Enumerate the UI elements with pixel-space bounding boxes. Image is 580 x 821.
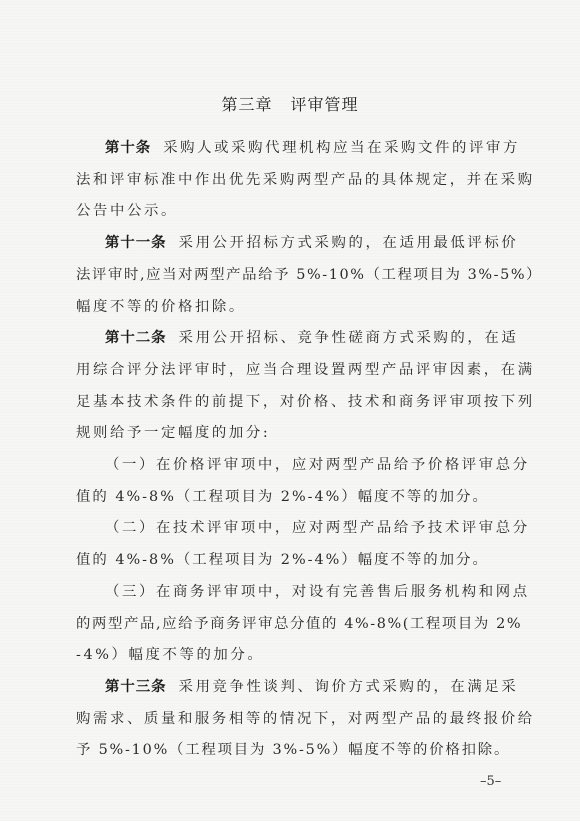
document-body: 第十条采购人或采购代理机构应当在采购文件的评审方 法和评审标准中作出优先采购两型… (76, 133, 508, 767)
article-label: 第十二条 (105, 330, 167, 346)
page-number: –5– (480, 774, 501, 789)
list-item-3: （三）在商务评审项中，对设有完善售后服务机构和网点 的两型产品,应给予商务评审总… (76, 577, 508, 672)
article-text-line: 幅度不等的价格扣除。 (76, 292, 508, 324)
article-text-line: 用综合评分法评审时，应当合理设置两型产品评审因素，在满 (76, 355, 508, 387)
article-text-line: 采用公开招标、竞争性磋商方式采购的，在适 (179, 330, 519, 346)
article-11: 第十一条采用公开招标方式采购的，在适用最低评标价 法评审时,应当对两型产品给予 … (76, 228, 508, 323)
article-12: 第十二条采用公开招标、竞争性磋商方式采购的，在适 用综合评分法评审时，应当合理设… (76, 323, 508, 672)
document-page: 第三章评审管理 第十条采购人或采购代理机构应当在采购文件的评审方 法和评审标准中… (0, 0, 580, 821)
article-text-line: 法评审时,应当对两型产品给予 5%-10%（工程项目为 3%-5%） (76, 260, 508, 292)
list-item-text-line: 值的 4%-8%（工程项目为 2%-4%）幅度不等的加分。 (76, 482, 508, 514)
article-text-line: 公告中公示。 (76, 196, 508, 228)
article-13: 第十三条采用竞争性谈判、询价方式采购的，在满足采 购需求、质量和服务相等的情况下… (76, 672, 508, 767)
article-text-line: 规则给予一定幅度的加分: (76, 418, 508, 450)
article-text-line: 予 5%-10%（工程项目为 3%-5%）幅度不等的价格扣除。 (76, 735, 508, 767)
article-text-line: 采用公开招标方式采购的，在适用最低评标价 (179, 235, 519, 251)
article-text-line: 采用竞争性谈判、询价方式采购的，在满足采 (179, 679, 519, 695)
list-item-text-line: （一）在价格评审项中，应对两型产品给予价格评审总分 (76, 450, 508, 482)
list-item-2: （二）在技术评审项中，应对两型产品给予技术评审总分 值的 4%-8%（工程项目为… (76, 513, 508, 576)
chapter-number: 第三章 (221, 95, 272, 114)
article-text-line: 法和评审标准中作出优先采购两型产品的具体规定，并在采购 (76, 165, 508, 197)
chapter-name: 评审管理 (291, 95, 359, 114)
article-10: 第十条采购人或采购代理机构应当在采购文件的评审方 法和评审标准中作出优先采购两型… (76, 133, 508, 228)
article-label: 第十一条 (105, 235, 167, 251)
list-item-1: （一）在价格评审项中，应对两型产品给予价格评审总分 值的 4%-8%（工程项目为… (76, 450, 508, 513)
list-item-text-line: （三）在商务评审项中，对设有完善售后服务机构和网点 (76, 577, 508, 609)
list-item-text-line: -4%）幅度不等的加分。 (76, 640, 508, 672)
list-item-text-line: （二）在技术评审项中，应对两型产品给予技术评审总分 (76, 513, 508, 545)
article-label: 第十条 (105, 140, 151, 156)
article-text-line: 采购人或采购代理机构应当在采购文件的评审方 (163, 140, 520, 156)
list-item-text-line: 值的 4%-8%（工程项目为 2%-4%）幅度不等的加分。 (76, 545, 508, 577)
chapter-title: 第三章评审管理 (0, 92, 580, 115)
article-label: 第十三条 (105, 679, 167, 695)
article-text-line: 足基本技术条件的前提下，对价格、技术和商务评审项按下列 (76, 387, 508, 419)
article-text-line: 购需求、质量和服务相等的情况下，对两型产品的最终报价给 (76, 704, 508, 736)
list-item-text-line: 的两型产品,应给予商务评审总分值的 4%-8%(工程项目为 2% (76, 609, 508, 641)
